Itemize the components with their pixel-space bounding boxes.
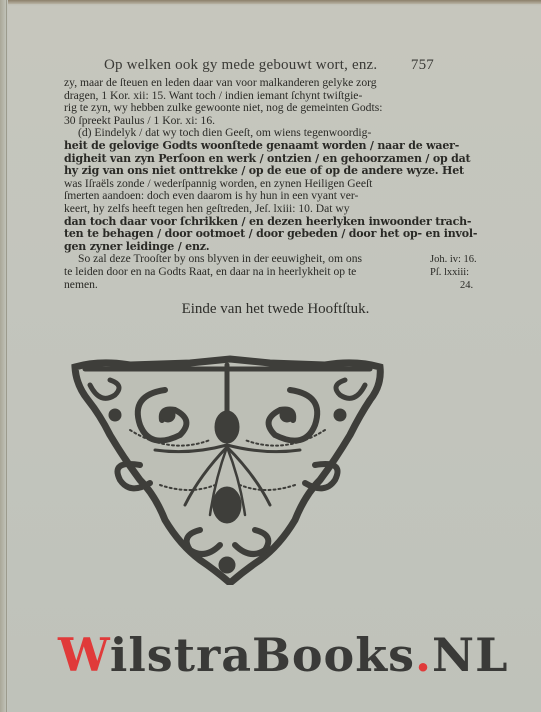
wilstrabooks-watermark: WilstraBooks.NL bbox=[58, 628, 508, 682]
text-line: zy, maar de ſteuen en leden daar van voo… bbox=[64, 77, 479, 90]
text-line: nemen. bbox=[64, 279, 479, 292]
text-line: ten te behagen / door ootmoet / door geb… bbox=[64, 228, 479, 241]
watermark-name: ilstraBooks bbox=[110, 628, 415, 682]
margin-note: 24. bbox=[460, 280, 473, 291]
chapter-end-heading: Einde van het twede Hooftſtuk. bbox=[0, 301, 541, 318]
body-text: zy, maar de ſteuen en leden daar van voo… bbox=[64, 77, 479, 291]
book-page: Op welken ook gy mede gebouwt wort, enz.… bbox=[0, 0, 541, 712]
text-line: te leiden door en na Godts Raat, en daar… bbox=[64, 266, 479, 279]
text-line: heit de gelovige Godts woonſtede genaamt… bbox=[64, 140, 479, 153]
watermark-dot: . bbox=[415, 628, 432, 682]
page-number: 757 bbox=[411, 57, 434, 74]
text-line: rig te zyn, wy hebben zulke gewoonte nie… bbox=[64, 102, 479, 115]
page-top-edge bbox=[0, 0, 541, 4]
margin-note: Joh. iv: 16. bbox=[430, 254, 477, 265]
watermark-first-letter: W bbox=[58, 628, 110, 682]
binding-line bbox=[6, 0, 7, 712]
margin-note: Pſ. lxxiii: bbox=[430, 267, 469, 278]
text-line: keert, hy zelfs heeft tegen hen geſtrede… bbox=[64, 203, 479, 216]
watermark-suffix: NL bbox=[432, 628, 508, 682]
running-head-title: Op welken ook gy mede gebouwt wort, enz. bbox=[104, 57, 377, 74]
tail-piece-ornament-icon bbox=[70, 355, 385, 585]
text-line: hy zig van ons niet onttrekke / op de eu… bbox=[64, 165, 479, 178]
